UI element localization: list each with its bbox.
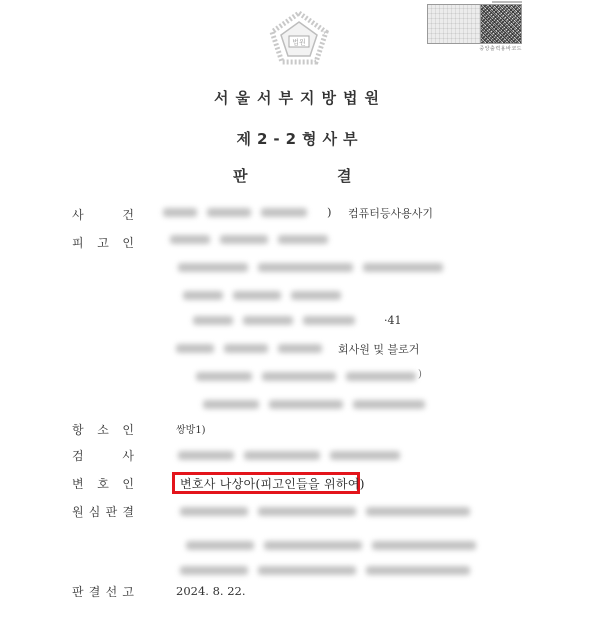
defendant-label: 피 고 인 (72, 234, 134, 251)
court-emblem-icon: 법원 (268, 10, 330, 66)
sentencing-date-value: 2024. 8. 22. (176, 584, 246, 598)
defendant-fragment-41: ·41 (384, 314, 402, 327)
barcode-top-line (492, 1, 522, 3)
redacted-defendant-7 (203, 399, 425, 411)
redacted-case-number (163, 207, 307, 219)
case-name: 컴퓨터등사용사기 (348, 205, 433, 221)
redacted-defendant-6 (196, 371, 416, 383)
svg-text:법원: 법원 (292, 38, 306, 47)
redacted-defendant-5 (176, 343, 322, 355)
redacted-prosecutor (178, 450, 400, 462)
prosecutor-label: 검 사 (72, 447, 134, 464)
redacted-defendant-1 (170, 234, 328, 246)
redacted-defendant-3 (183, 290, 341, 302)
case-label: 사 건 (72, 206, 134, 223)
redacted-defendant-4 (193, 315, 355, 327)
case-paren: ) (327, 205, 332, 219)
sentencing-date-label: 판 결 선 고 (72, 583, 134, 600)
original-judgment-label: 원 심 판 결 (72, 503, 134, 520)
document-barcode-icon (427, 4, 522, 44)
barcode-caption: 중앙출력용바코드 (470, 45, 522, 52)
doc-type-char-1: 판 (233, 165, 248, 186)
redacted-original-judgment-1 (180, 506, 470, 518)
doc-type-char-2: 결 (337, 165, 352, 186)
qr-code-icon (481, 5, 521, 43)
defendant-occupation: 회사원 및 블로거 (338, 341, 419, 357)
redacted-original-judgment-3 (180, 565, 470, 577)
redacted-defendant-2 (178, 262, 443, 274)
redacted-original-judgment-2 (186, 540, 476, 552)
appellant-label: 항 소 인 (72, 421, 134, 438)
counsel-value: 변호사 나상아(피고인들을 위하여) (180, 475, 365, 492)
barcode-text-area (428, 5, 481, 43)
court-name: 서울서부지방법원 (0, 87, 600, 108)
defendant-fragment-paren: ) (418, 369, 422, 380)
appellant-value: 쌍방1) (176, 421, 206, 436)
division-name: 제2-2형사부 (0, 128, 600, 149)
counsel-label: 변 호 인 (72, 475, 134, 492)
